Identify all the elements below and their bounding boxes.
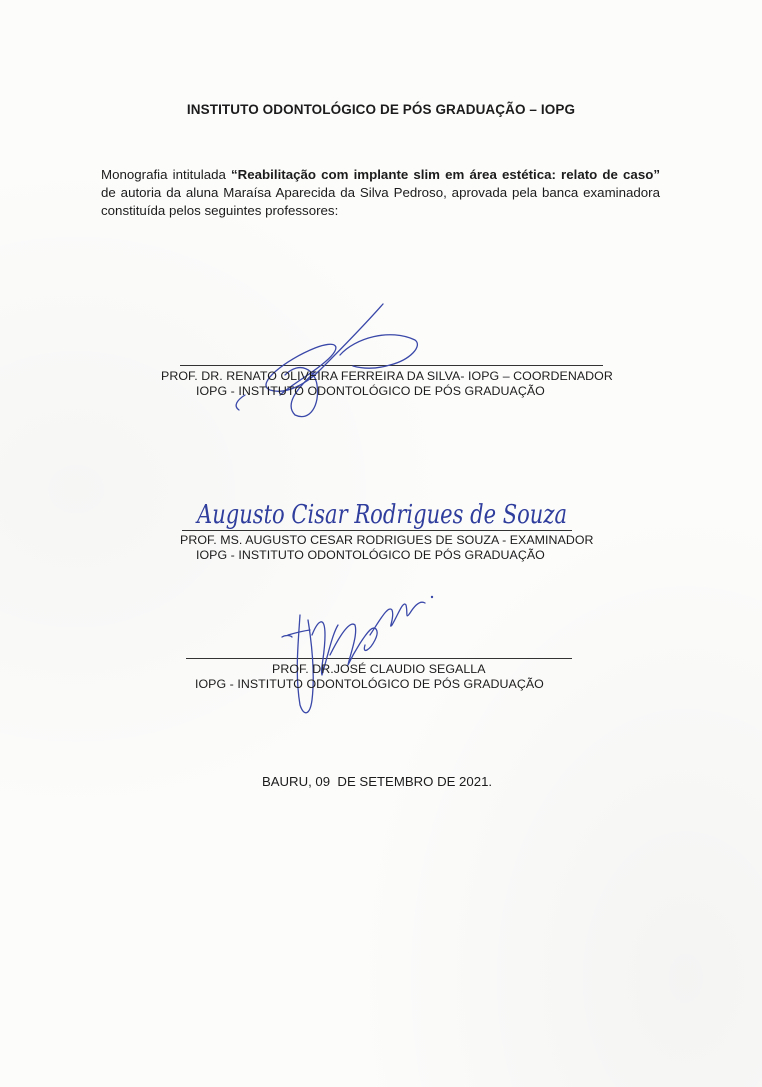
signature-member-icon (270, 575, 450, 720)
signatory-name-role: PROF. DR. RENATO OLIVEIRA FERREIRA DA SI… (161, 369, 613, 383)
svg-text:Augusto Cisar Rodrigues de Sou: Augusto Cisar Rodrigues de Souza (195, 500, 567, 530)
signature-line (180, 365, 603, 366)
monograph-title: “Reabilitação com implante slim em área … (231, 167, 660, 182)
approval-paragraph: Monografia intitulada “Reabilitação com … (101, 166, 660, 220)
signatory-institute: IOPG - INSTITUTO ODONTOLÓGICO DE PÓS GRA… (196, 548, 545, 562)
intro-suffix: de autoria da aluna Maraísa Aparecida da… (101, 185, 660, 218)
signature-line (182, 530, 572, 531)
signatory-name-role: PROF. MS. AUGUSTO CESAR RODRIGUES DE SOU… (180, 533, 594, 547)
signature-line (186, 658, 572, 659)
intro-prefix: Monografia intitulada (101, 167, 231, 182)
date-location: BAURU, 09 DE SETEMBRO DE 2021. (0, 774, 762, 789)
institute-heading: INSTITUTO ODONTOLÓGICO DE PÓS GRADUAÇÃO … (0, 102, 762, 117)
signatory-institute: IOPG - INSTITUTO ODONTOLÓGICO DE PÓS GRA… (196, 384, 545, 398)
signatory-name-role: PROF. DR.JOSÉ CLAUDIO SEGALLA (272, 662, 486, 676)
document-page: INSTITUTO ODONTOLÓGICO DE PÓS GRADUAÇÃO … (0, 0, 762, 1087)
signatory-institute: IOPG - INSTITUTO ODONTOLÓGICO DE PÓS GRA… (195, 677, 544, 691)
signature-examiner-icon: Augusto Cisar Rodrigues de Souza (195, 493, 575, 533)
signature-coordinator-icon (225, 300, 425, 425)
